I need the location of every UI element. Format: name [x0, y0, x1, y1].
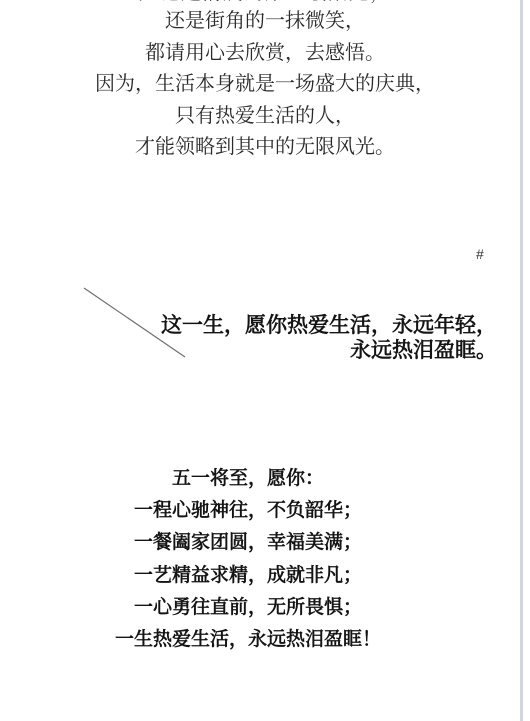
quote-block: 这一生，愿你热爱生活，永远年轻， 永远热泪盈眶。 [0, 313, 497, 363]
text-line: 只有热爱生活的人， [0, 101, 530, 133]
text-line: 因为，生活本身就是一场盛大的庆典， [0, 69, 530, 101]
blessing-line: 一餐阖家团圆，幸福美满； [0, 527, 496, 559]
blessing-line: 一生热爱生活，永远热泪盈眶！ [0, 624, 496, 656]
quote-line: 这一生，愿你热爱生活，永远年轻， [0, 313, 497, 338]
quote-line: 永远热泪盈眶。 [0, 338, 497, 363]
clipped-previous-text-line: 无论是清晨的第一缕阳光， [0, 0, 530, 3]
text-line: 才能领略到其中的无限风光。 [0, 132, 530, 164]
hash-mark: # [476, 246, 484, 262]
blessing-line: 一程心驰神往，不负韶华； [0, 495, 496, 527]
text-line: 都请用心去欣赏，去感悟。 [0, 38, 530, 70]
blessing-paragraph: 五一将至，愿你： 一程心驰神往，不负韶华； 一餐阖家团圆，幸福美满； 一艺精益求… [0, 463, 496, 656]
page-edge-divider [520, 0, 523, 721]
blessing-line: 一艺精益求精，成就非凡； [0, 560, 496, 592]
article-page: 无论是清晨的第一缕阳光， 还是街角的一抹微笑， 都请用心去欣赏，去感悟。 因为，… [0, 0, 530, 721]
blessing-line: 五一将至，愿你： [0, 463, 496, 495]
blessing-line: 一心勇往直前，无所畏惧； [0, 592, 496, 624]
article-screenshot: { "page": { "background_color": "#ffffff… [0, 0, 530, 721]
text-line: 还是街角的一抹微笑， [0, 6, 530, 38]
paragraph-appreciate-life: 还是街角的一抹微笑， 都请用心去欣赏，去感悟。 因为，生活本身就是一场盛大的庆典… [0, 6, 530, 164]
